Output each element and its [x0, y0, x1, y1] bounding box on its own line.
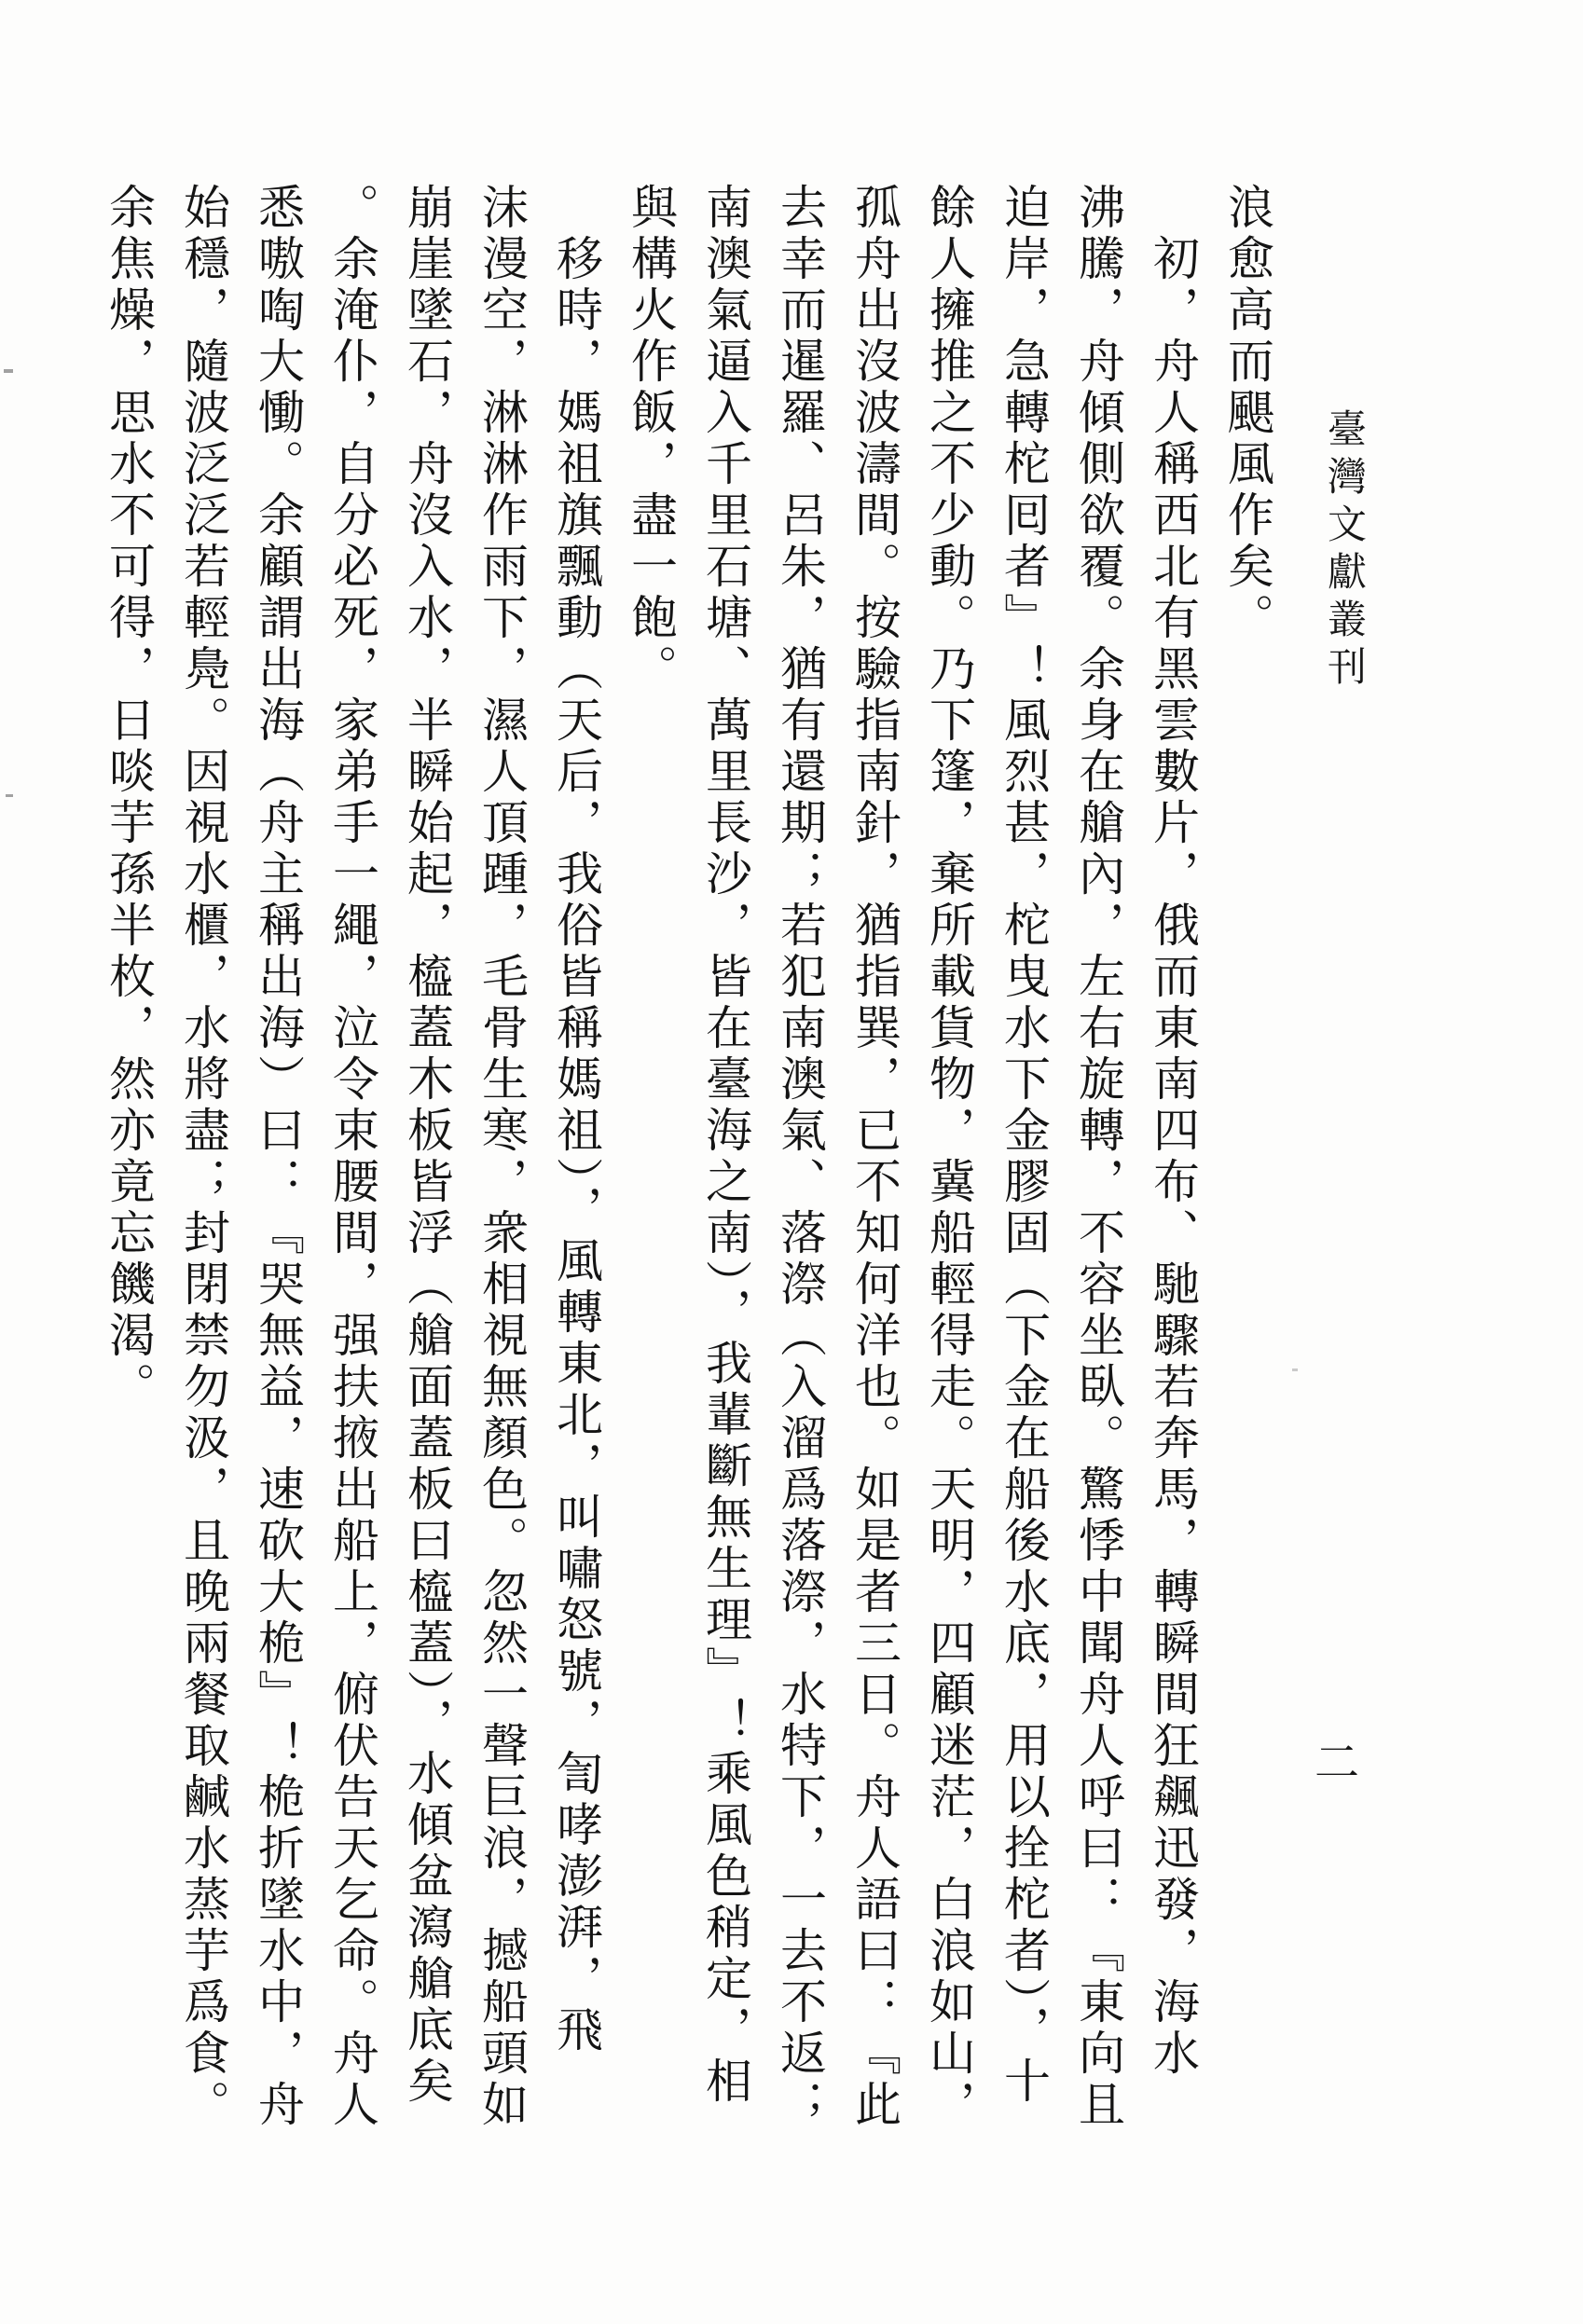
text-column: 。余淹仆，自分必死，家弟手一繩，泣令束腰間，强扶掖出船上，俯伏告天乞命。舟人: [315, 183, 390, 2137]
text-column: 南澳氣逼入千里石塘、萬里長沙，皆在臺海之南），我輩斷無生理』！乘風色稍定，相: [688, 183, 763, 2137]
text-column: 余焦燥，思水不可得，日啖芋孫半枚，然亦竟忘饑渴。: [91, 183, 166, 2137]
text-column: 迫岸，急轉柁囘者』！風烈甚，柁曳水下金膠固（下金在船後水底，用以拴柁者），十: [986, 183, 1061, 2137]
text-column: 始穩，隨波泛泛若輕鳧。因視水櫃，水將盡；封閉禁勿汲，且晚兩餐取鹹水蒸芋爲食。: [166, 183, 241, 2137]
text-block: 浪愈高而颶風作矣。 初，舟人稱西北有黑雲數片，俄而東南四布、馳驟若奔馬，轉瞬間狂…: [91, 183, 1285, 2137]
text-column: 崩崖墜石，舟沒入水，半瞬始起，橀蓋木板皆浮（艙面蓋板曰橀蓋），水傾盆瀉艙底矣: [390, 183, 464, 2137]
text-column: 餘人擁推之不少動。乃下篷，棄所載貨物，冀船輕得走。天明，四顧迷茫，白浪如山，: [912, 183, 986, 2137]
text-column: 沫漫空，淋淋作雨下，濕人頂踵，毛骨生寒，衆相視無顏色。忽然一聲巨浪，撼船頭如: [464, 183, 539, 2137]
text-column: 浪愈高而颶風作矣。: [1210, 183, 1285, 2137]
scan-speck: [4, 369, 13, 373]
text-column: 移時，媽祖旗飄動（天后，我俗皆稱媽祖），風轉東北，叫嘯怒號，訇哮澎湃，飛: [539, 183, 613, 2137]
page-number: 二: [1315, 1726, 1359, 1791]
text-column: 去幸而暹羅、呂朱，猶有還期；若犯南澳氣、落漈（入溜爲落漈，水特下，一去不返；: [763, 183, 837, 2137]
running-title: 臺灣文獻叢刊: [1322, 408, 1367, 694]
text-column: 孤舟出沒波濤間。按驗指南針，猶指巽，已不知何洋也。如是者三日。舟人語曰：『此: [837, 183, 912, 2137]
scanned-book-page: 臺灣文獻叢刊 浪愈高而颶風作矣。 初，舟人稱西北有黑雲數片，俄而東南四布、馳驟若…: [0, 0, 1583, 2324]
text-column: 與構火作飯，盡一飽。: [613, 183, 688, 2137]
text-column: 初，舟人稱西北有黑雲數片，俄而東南四布、馳驟若奔馬，轉瞬間狂飆迅發，海水: [1136, 183, 1210, 2137]
text-column: 悉嗷啕大慟。余顧謂出海（舟主稱出海）曰：『哭無益，速砍大桅』！桅折墜水中，舟: [241, 183, 315, 2137]
text-column: 沸騰，舟傾側欲覆。余身在艙內，左右旋轉，不容坐臥。驚悸中聞舟人呼曰：『東向且: [1061, 183, 1136, 2137]
scan-speck: [1292, 1368, 1298, 1371]
scan-speck: [6, 794, 13, 797]
